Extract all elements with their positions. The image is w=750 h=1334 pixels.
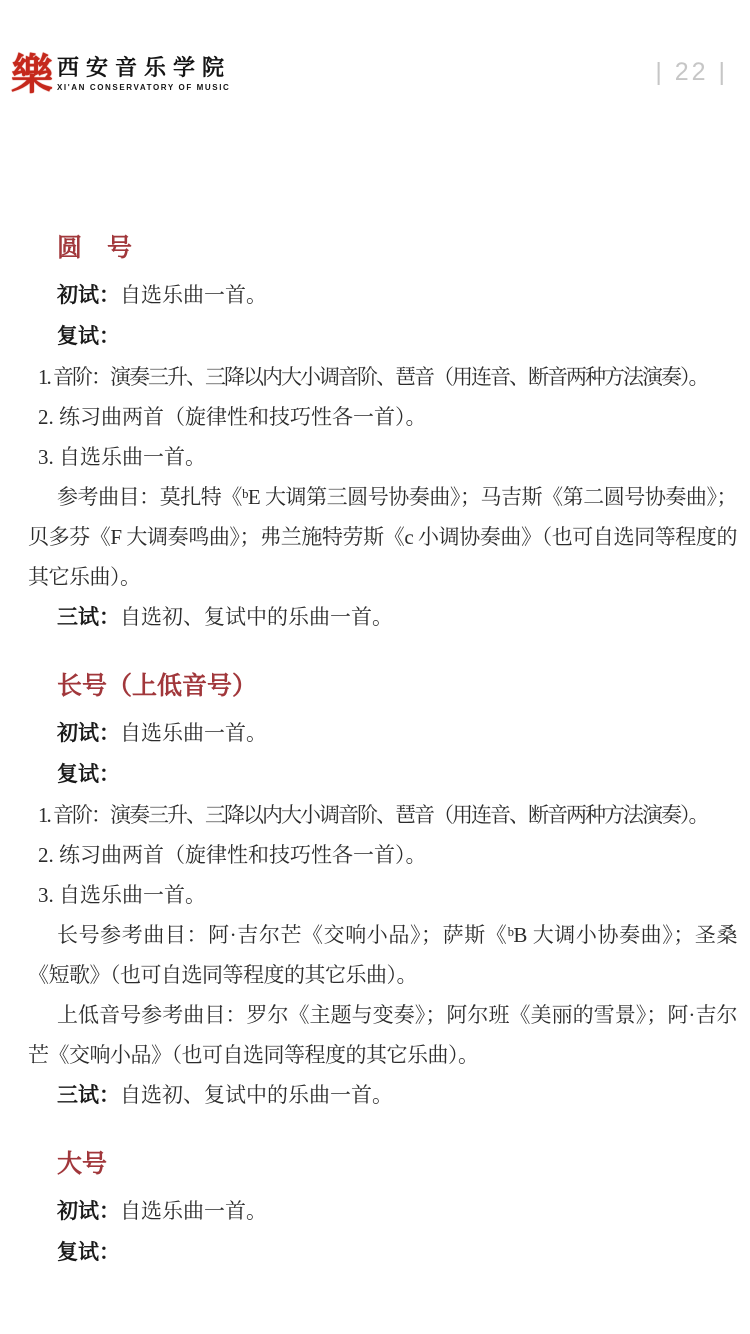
section-title-trombone: 长号（上低音号） bbox=[57, 672, 737, 701]
logo-text: 西安音乐学院 XI'AN CONSERVATORY OF MUSIC bbox=[57, 52, 231, 92]
horn-first-round-line: 初试：自选乐曲一首。 bbox=[57, 275, 737, 316]
first-round-label: 初试： bbox=[57, 1200, 120, 1223]
section-tuba: 大号 初试：自选乐曲一首。 复试： bbox=[28, 1150, 737, 1273]
first-round-label: 初试： bbox=[57, 722, 120, 745]
horn-item-1: 1. 音阶：演奏三升、三降以内大小调音阶、琶音（用连音、断音两种方法演奏）。 bbox=[38, 357, 737, 397]
section-horn: 圆 号 初试：自选乐曲一首。 复试： 1. 音阶：演奏三升、三降以内大小调音阶、… bbox=[28, 234, 737, 638]
trombone-repertoire: 长号参考曲目：阿·吉尔芒《交响小品》；萨斯《ᵇB 大调小协奏曲》；圣桑《短歌》（… bbox=[28, 915, 737, 995]
first-round-text: 自选乐曲一首。 bbox=[120, 1199, 267, 1223]
trombone-third-round-line: 三试：自选初、复试中的乐曲一首。 bbox=[57, 1075, 737, 1116]
trombone-item-1: 1. 音阶：演奏三升、三降以内大小调音阶、琶音（用连音、断音两种方法演奏）。 bbox=[38, 795, 737, 835]
second-round-label: 复试： bbox=[57, 1241, 120, 1264]
horn-repertoire: 参考曲目：莫扎特《ᵇE 大调第三圆号协奏曲》；马吉斯《第二圆号协奏曲》；贝多芬《… bbox=[28, 477, 737, 597]
second-round-label: 复试： bbox=[57, 325, 120, 348]
logo-en-name: XI'AN CONSERVATORY OF MUSIC bbox=[57, 83, 231, 92]
horn-item-2: 2. 练习曲两首（旋律性和技巧性各一首）。 bbox=[38, 397, 737, 437]
third-round-label: 三试： bbox=[57, 1084, 120, 1107]
school-seal-icon: 樂 bbox=[14, 52, 50, 98]
horn-third-round-line: 三试：自选初、复试中的乐曲一首。 bbox=[57, 597, 737, 638]
logo-cn-name: 西安音乐学院 bbox=[57, 56, 231, 80]
tuba-first-round-line: 初试：自选乐曲一首。 bbox=[57, 1191, 737, 1232]
trombone-second-round-line: 复试： bbox=[57, 754, 737, 795]
first-round-text: 自选乐曲一首。 bbox=[120, 283, 267, 307]
section-title-tuba: 大号 bbox=[57, 1150, 737, 1179]
section-trombone-euphonium: 长号（上低音号） 初试：自选乐曲一首。 复试： 1. 音阶：演奏三升、三降以内大… bbox=[28, 672, 737, 1116]
document-content: 圆 号 初试：自选乐曲一首。 复试： 1. 音阶：演奏三升、三降以内大小调音阶、… bbox=[28, 234, 737, 1273]
trombone-item-2: 2. 练习曲两首（旋律性和技巧性各一首）。 bbox=[38, 835, 737, 875]
section-title-horn: 圆 号 bbox=[57, 234, 737, 263]
tuba-second-round-line: 复试： bbox=[57, 1232, 737, 1273]
page-header: 樂 西安音乐学院 XI'AN CONSERVATORY OF MUSIC | 2… bbox=[14, 52, 728, 98]
horn-item-3: 3. 自选乐曲一首。 bbox=[38, 437, 737, 477]
school-logo: 樂 西安音乐学院 XI'AN CONSERVATORY OF MUSIC bbox=[14, 52, 231, 98]
first-round-text: 自选乐曲一首。 bbox=[120, 721, 267, 745]
third-round-text: 自选初、复试中的乐曲一首。 bbox=[120, 605, 393, 629]
third-round-label: 三试： bbox=[57, 606, 120, 629]
trombone-first-round-line: 初试：自选乐曲一首。 bbox=[57, 713, 737, 754]
first-round-label: 初试： bbox=[57, 284, 120, 307]
second-round-label: 复试： bbox=[57, 763, 120, 786]
trombone-item-3: 3. 自选乐曲一首。 bbox=[38, 875, 737, 915]
euphonium-repertoire: 上低音号参考曲目：罗尔《主题与变奏》；阿尔班《美丽的雪景》；阿·吉尔芒《交响小品… bbox=[28, 995, 737, 1075]
third-round-text: 自选初、复试中的乐曲一首。 bbox=[120, 1083, 393, 1107]
horn-second-round-line: 复试： bbox=[57, 316, 737, 357]
page-number: | 22 | bbox=[655, 58, 728, 87]
